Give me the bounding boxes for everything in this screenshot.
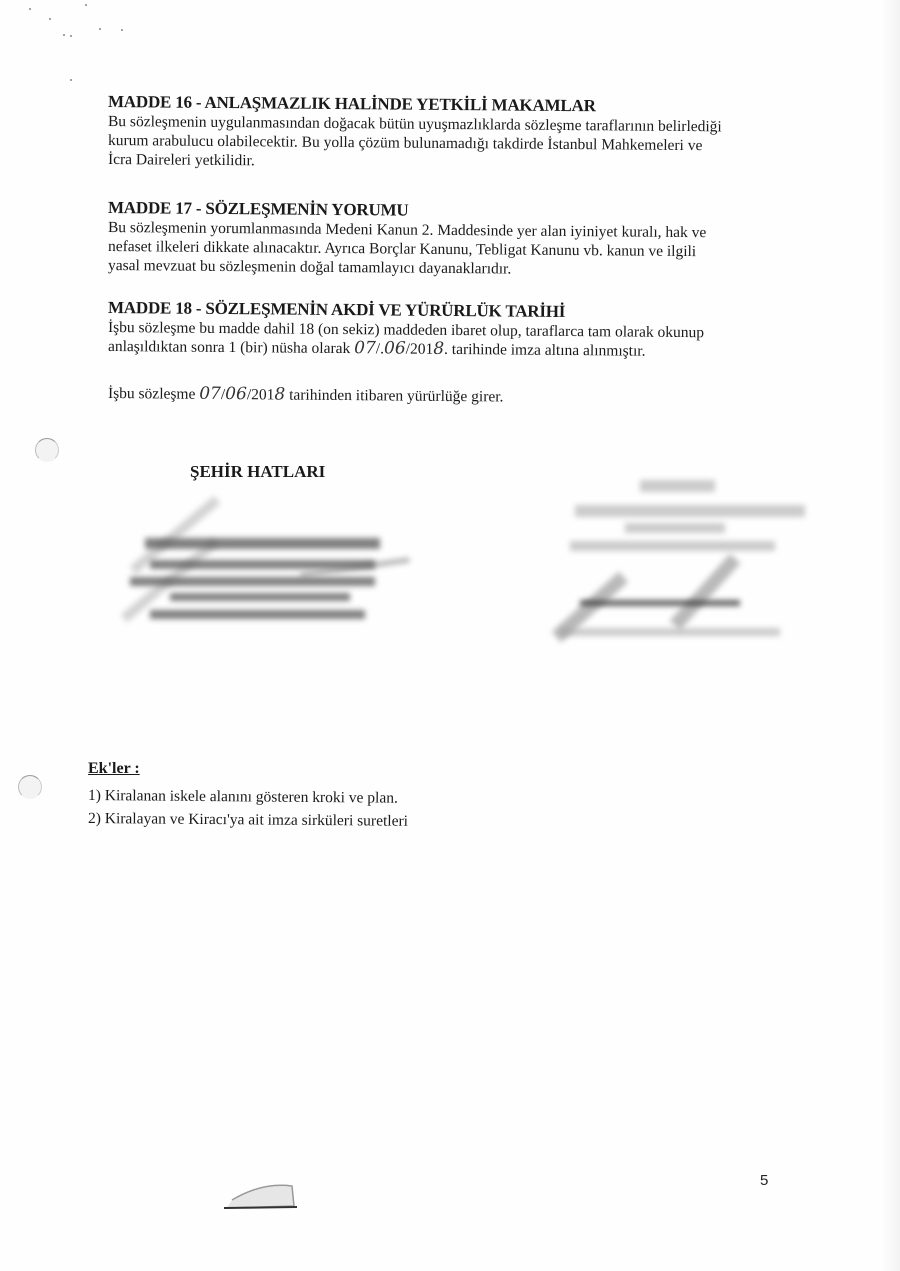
handwritten-year-digit: 8 [274,384,285,404]
effective-date-line: İşbu sözleşme 07/06/2018 tarihinden itib… [108,384,810,403]
scan-speck [29,8,31,10]
effective-text: İşbu sözleşme [108,385,199,403]
date-separator: /. [376,340,384,357]
handwritten-month: 06 [225,384,247,404]
annex-section: Ek'ler : 1) Kiralanan iskele alanını gös… [88,760,508,830]
date-year-prefix: /201 [247,386,275,403]
handwritten-day: 07 [354,338,376,358]
punch-hole [35,438,59,462]
article-17: MADDE 17 - SÖZLEŞMENİN YORUMU Bu sözleşm… [108,198,810,275]
article-18-text: . tarihinde imza altına alınmıştır. [444,341,646,360]
scan-speck [85,4,87,6]
scan-speck [70,35,72,37]
scan-speck [49,18,51,20]
effective-date-text: İşbu sözleşme 07/06/2018 tarihinden itib… [108,384,810,409]
scan-speck [63,34,65,36]
initials-mark [222,1178,302,1210]
punch-hole [18,775,42,799]
page-number: 5 [760,1172,768,1189]
scanned-page: MADDE 16 - ANLAŞMAZLIK HALİNDE YETKİLİ M… [0,0,900,1271]
handwritten-year-digit: 8 [433,339,444,359]
handwritten-month: 06 [384,338,406,358]
page-edge-shadow [882,0,900,1271]
article-18-text: anlaşıldıktan sonra 1 (bir) nüsha olarak [108,338,354,357]
scan-speck [121,29,123,31]
signature-left-title: ŞEHİR HATLARI [190,462,325,482]
article-16: MADDE 16 - ANLAŞMAZLIK HALİNDE YETKİLİ M… [108,92,810,169]
article-18: MADDE 18 - SÖZLEŞMENİN AKDİ VE YÜRÜRLÜK … [108,298,810,356]
handwritten-day: 07 [199,384,221,404]
date-year-prefix: /201 [406,341,434,358]
scan-speck [70,79,72,81]
annex-title: Ek'ler : [88,760,508,778]
annex-item: 2) Kiralayan ve Kiracı'ya ait imza sirkü… [88,807,508,834]
scan-speck [99,28,101,30]
effective-text: tarihinden itibaren yürürlüğe girer. [285,387,503,406]
